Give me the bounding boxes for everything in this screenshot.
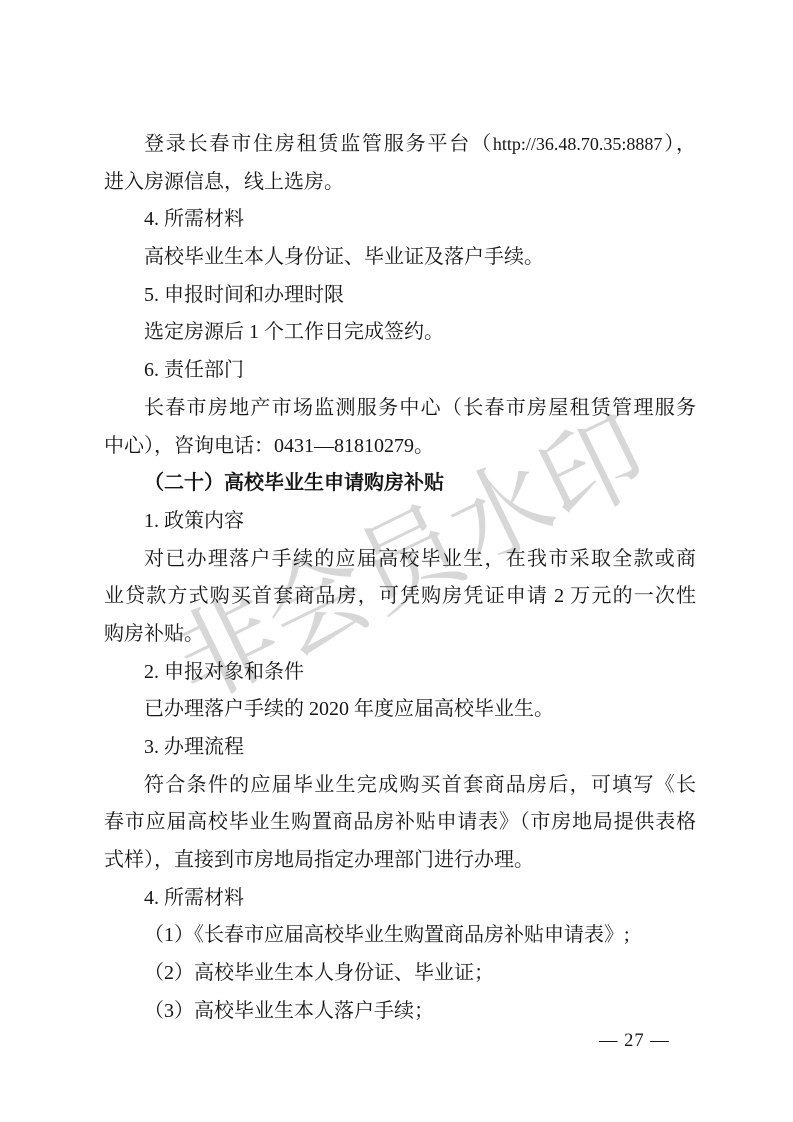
- page-number: — 27 —: [599, 1031, 670, 1052]
- line-text: ），: [662, 133, 696, 155]
- list-item-heading: 1. 政策内容: [104, 503, 696, 541]
- document-line: 高校毕业生本人身份证、毕业证及落户手续。: [104, 239, 696, 277]
- url-text: http://36.48.70.35:8887: [493, 134, 663, 154]
- line-text: 登录长春市住房租赁监管服务平台（: [144, 133, 493, 155]
- document-line: 符合条件的应届毕业生完成购买首套商品房后，可填写《长: [104, 767, 696, 805]
- document-line: 登录长春市住房租赁监管服务平台（http://36.48.70.35:8887）…: [104, 126, 696, 164]
- document-page: 非会员水印 登录长春市住房租赁监管服务平台（http://36.48.70.35…: [0, 0, 793, 1122]
- document-line: 中心），咨询电话：0431—81810279。: [104, 428, 696, 466]
- list-item-heading: 4. 所需材料: [104, 880, 696, 918]
- section-heading: （二十）高校毕业生申请购房补贴: [104, 465, 696, 503]
- document-line: 长春市房地产市场监测服务中心（长春市房屋租赁管理服务: [104, 390, 696, 428]
- document-line: 购房补贴。: [104, 616, 696, 654]
- list-item-heading: 2. 申报对象和条件: [104, 654, 696, 692]
- document-line: 选定房源后 1 个工作日完成签约。: [104, 314, 696, 352]
- list-item-heading: 6. 责任部门: [104, 352, 696, 390]
- document-line: 进入房源信息，线上选房。: [104, 164, 696, 202]
- document-line: （2）高校毕业生本人身份证、毕业证；: [104, 955, 696, 993]
- document-line: （1）《长春市应届高校毕业生购置商品房补贴申请表》;: [104, 917, 696, 955]
- list-item-heading: 5. 申报时间和办理时限: [104, 277, 696, 315]
- list-item-heading: 4. 所需材料: [104, 201, 696, 239]
- document-line: 对已办理落户手续的应届高校毕业生，在我市采取全款或商: [104, 541, 696, 579]
- document-line: 已办理落户手续的 2020 年度应届高校毕业生。: [104, 691, 696, 729]
- document-line: 式样），直接到市房地局指定办理部门进行办理。: [104, 842, 696, 880]
- list-item-heading: 3. 办理流程: [104, 729, 696, 767]
- document-line: 业贷款方式购买首套商品房，可凭购房凭证申请 2 万元的一次性: [104, 578, 696, 616]
- document-line: 春市应届高校毕业生购置商品房补贴申请表》（市房地局提供表格: [104, 804, 696, 842]
- document-body: 登录长春市住房租赁监管服务平台（http://36.48.70.35:8887）…: [104, 126, 696, 1031]
- document-line: （3）高校毕业生本人落户手续；: [104, 993, 696, 1031]
